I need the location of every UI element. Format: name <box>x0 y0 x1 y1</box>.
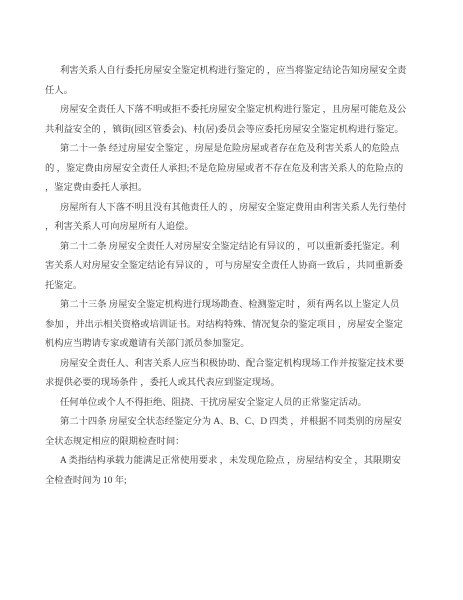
document-paragraph: 房屋所有人下落不明且没有其他责任人的 ，房屋安全鉴定费用由利害关系人先行垫付 ，… <box>45 199 407 238</box>
document-paragraph-article-23: 第二十三条 房屋安全鉴定机构进行现场勘查、检测鉴定时 ，须有两名以上鉴定人员参加… <box>45 296 407 355</box>
document-body: 利害关系人自行委托房屋安全鉴定机构进行鉴定的 ，应当将鉴定结论告知房屋安全责任人… <box>45 62 407 491</box>
document-paragraph-article-24: 第二十四条 房屋安全状态经鉴定分为 A、B、C、D 四类 ，并根据不同类别的房屋… <box>45 413 407 452</box>
document-paragraph: 利害关系人自行委托房屋安全鉴定机构进行鉴定的 ，应当将鉴定结论告知房屋安全责任人… <box>45 62 407 101</box>
document-paragraph-article-22: 第二十二条 房屋安全责任人对房屋安全鉴定结论有异议的 ，可以重新委托鉴定。利害关… <box>45 238 407 297</box>
document-paragraph: 房屋安全责任人、利害关系人应当积极协助、配合鉴定机构现场工作并按鉴定技术要求提供… <box>45 355 407 394</box>
document-paragraph-article-21: 第二十一条 经过房屋安全鉴定 ，房屋是危险房屋或者存在危及利害关系人的危险点的 … <box>45 140 407 199</box>
document-paragraph-class-a: A 类指结构承载力能满足正常使用要求 ，未发现危险点 ，房屋结构安全 ，其限期安… <box>45 452 407 491</box>
document-paragraph: 房屋安全责任人下落不明或拒不委托房屋安全鉴定机构进行鉴定 ，且房屋可能危及公共利… <box>45 101 407 140</box>
document-paragraph: 任何单位或个人不得拒绝、阻挠、干扰房屋安全鉴定人员的正常鉴定活动。 <box>45 394 407 414</box>
document-page: 利害关系人自行委托房屋安全鉴定机构进行鉴定的 ，应当将鉴定结论告知房屋安全责任人… <box>0 0 463 600</box>
